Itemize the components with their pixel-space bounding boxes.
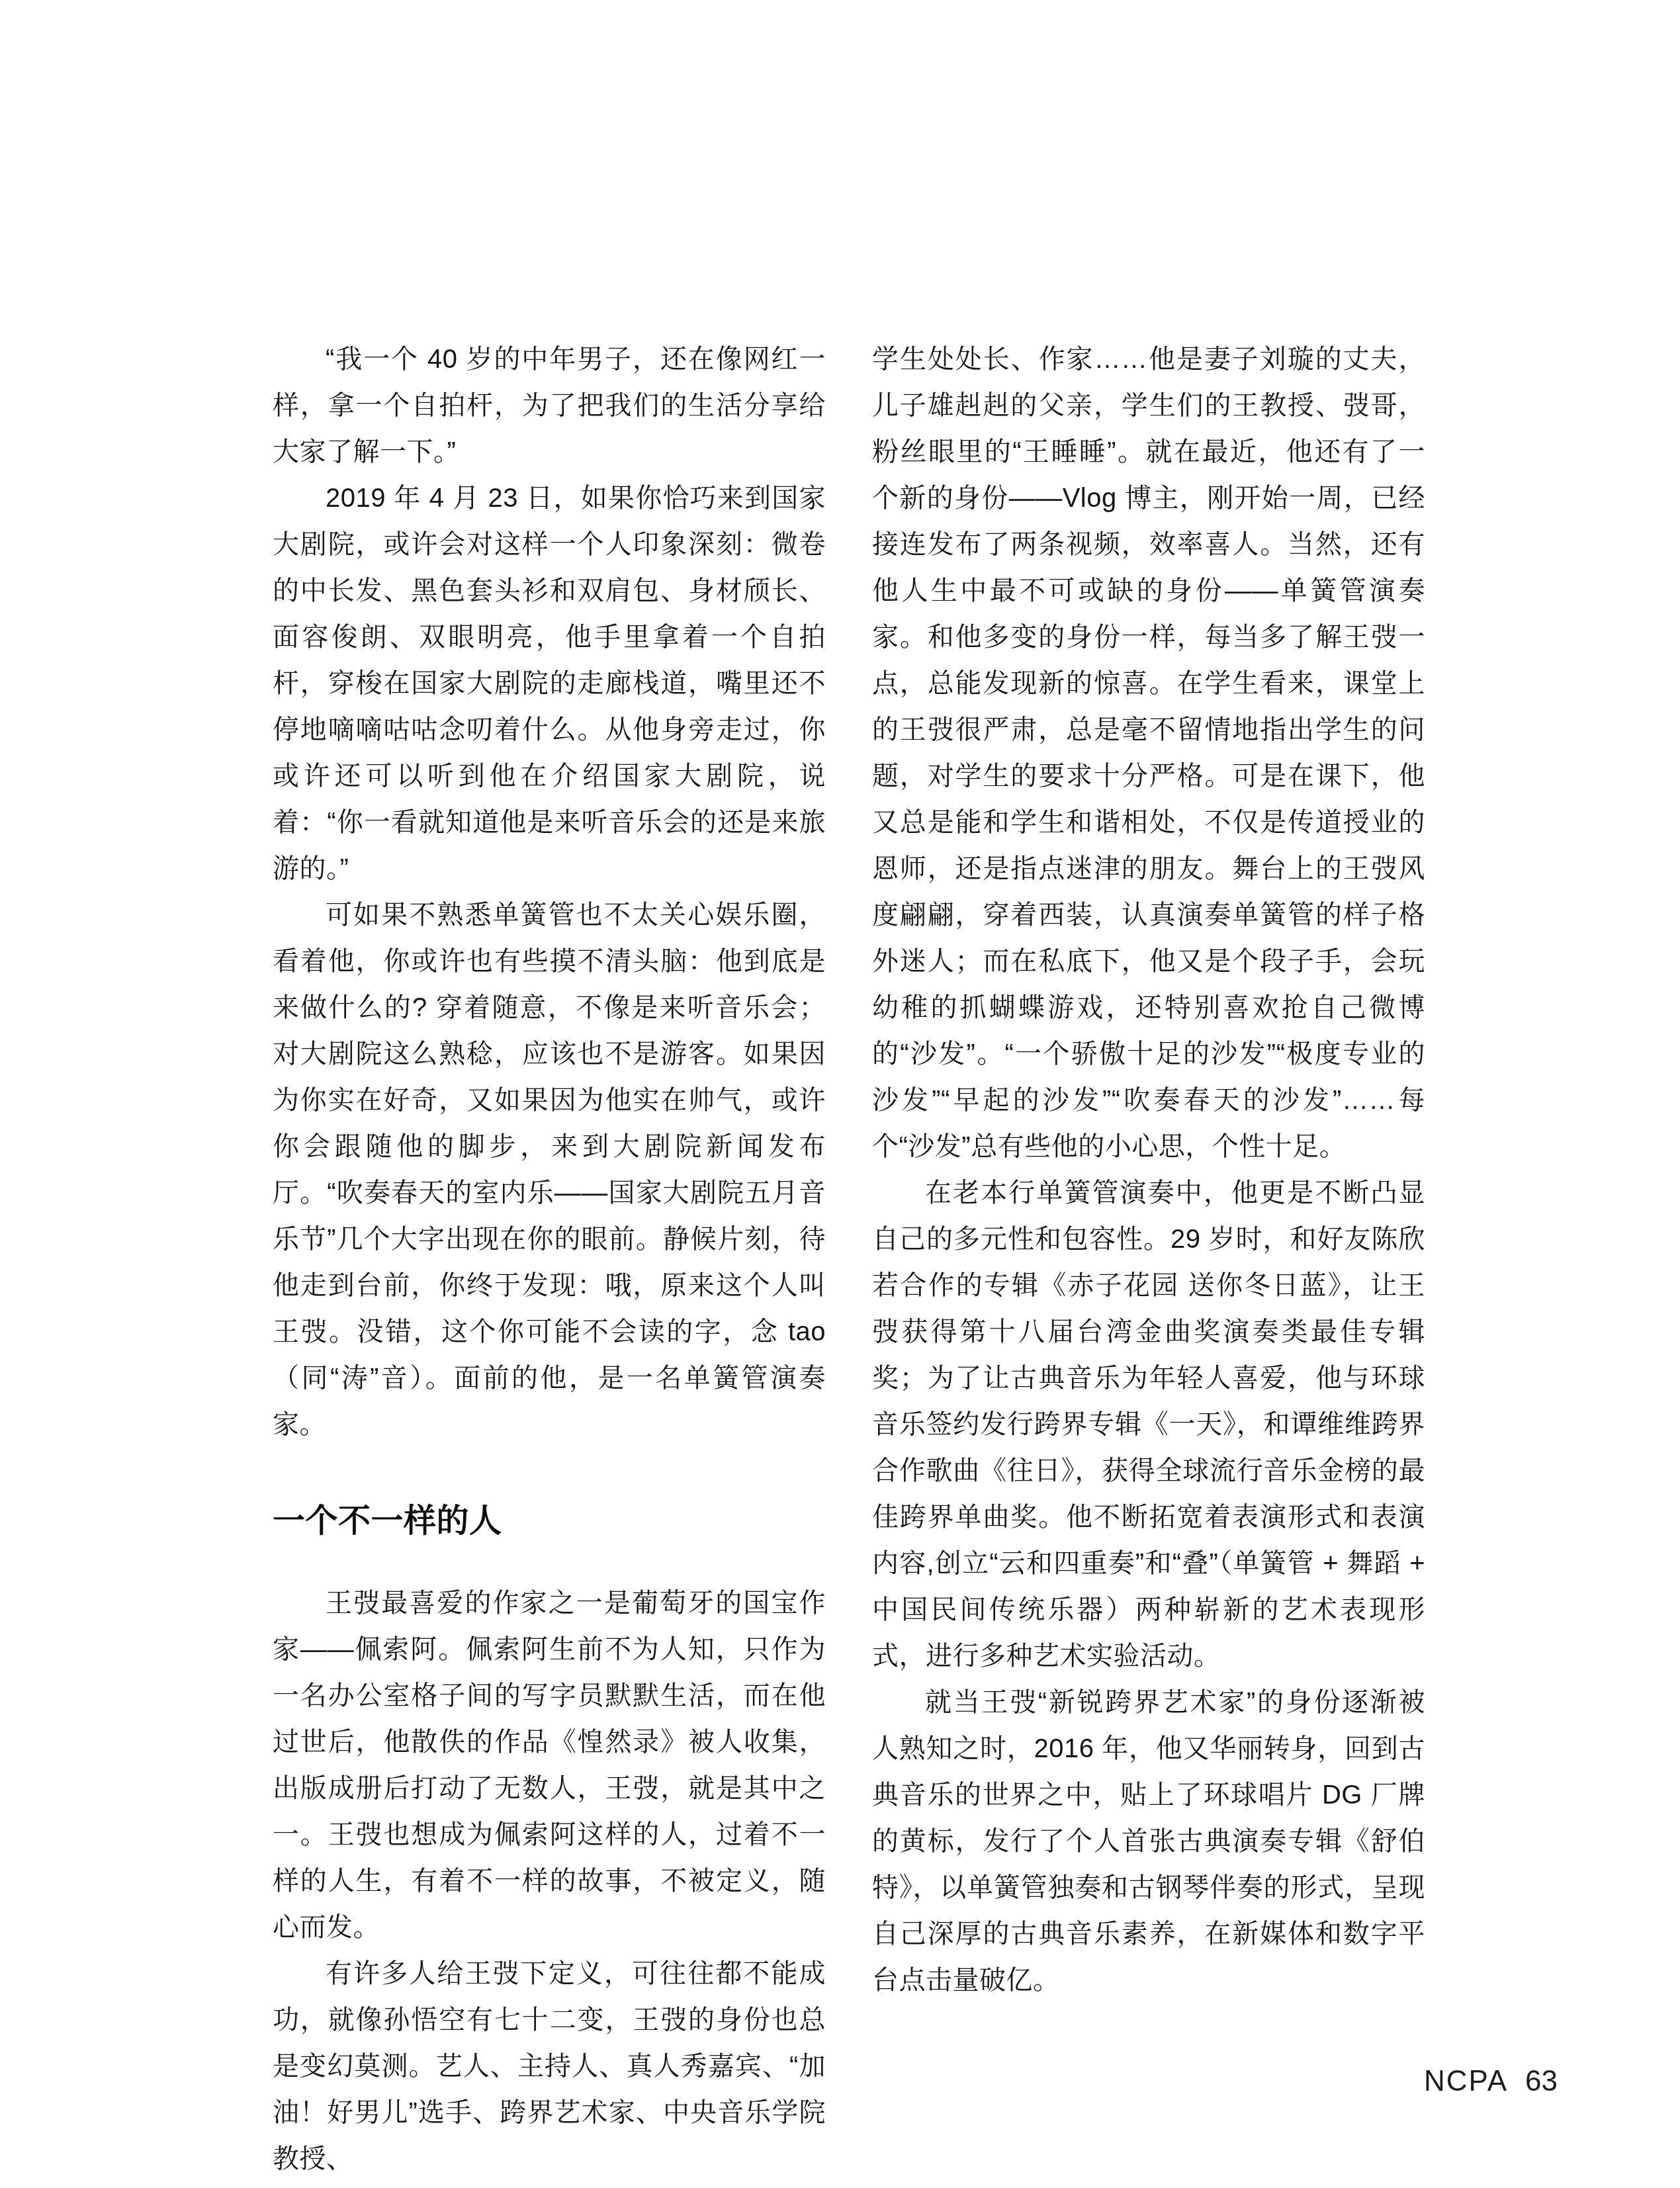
- body-paragraph: 在老本行单簧管演奏中，他更是不断凸显自己的多元性和包容性。29 岁时，和好友陈欣…: [872, 1170, 1425, 1679]
- body-paragraph: 可如果不熟悉单簧管也不太关心娱乐圈，看着他，你或许也有些摸不清头脑：他到底是来做…: [273, 892, 826, 1448]
- body-paragraph: 就当王弢“新锐跨界艺术家”的身份逐渐被人熟知之时，2016 年，他又华丽转身，回…: [872, 1679, 1425, 2003]
- body-paragraph: “我一个 40 岁的中年男子，还在像网红一样，拿一个自拍杆，为了把我们的生活分享…: [273, 336, 826, 475]
- right-text-column: 学生处处长、作家……他是妻子刘璇的丈夫，儿子雄赳赳的父亲，学生们的王教授、弢哥，…: [872, 336, 1425, 2003]
- body-paragraph: 有许多人给王弢下定义，可往往都不能成功，就像孙悟空有七十二变，王弢的身份也总是变…: [273, 1950, 826, 2182]
- magazine-page: “我一个 40 岁的中年男子，还在像网红一样，拿一个自拍杆，为了把我们的生活分享…: [0, 0, 1680, 2188]
- page-number: 63: [1525, 2065, 1558, 2097]
- left-text-column: “我一个 40 岁的中年男子，还在像网红一样，拿一个自拍杆，为了把我们的生活分享…: [273, 336, 826, 2182]
- section-heading: 一个不一样的人: [273, 1501, 826, 1542]
- body-paragraph: 学生处处长、作家……他是妻子刘璇的丈夫，儿子雄赳赳的父亲，学生们的王教授、弢哥，…: [872, 336, 1425, 1170]
- magazine-label: NCPA: [1424, 2065, 1508, 2097]
- body-paragraph: 王弢最喜爱的作家之一是葡萄牙的国宝作家——佩索阿。佩索阿生前不为人知，只作为一名…: [273, 1580, 826, 1950]
- page-footer: NCPA63: [1424, 2064, 1558, 2099]
- body-paragraph: 2019 年 4 月 23 日，如果你恰巧来到国家大剧院，或许会对这样一个人印象…: [273, 475, 826, 892]
